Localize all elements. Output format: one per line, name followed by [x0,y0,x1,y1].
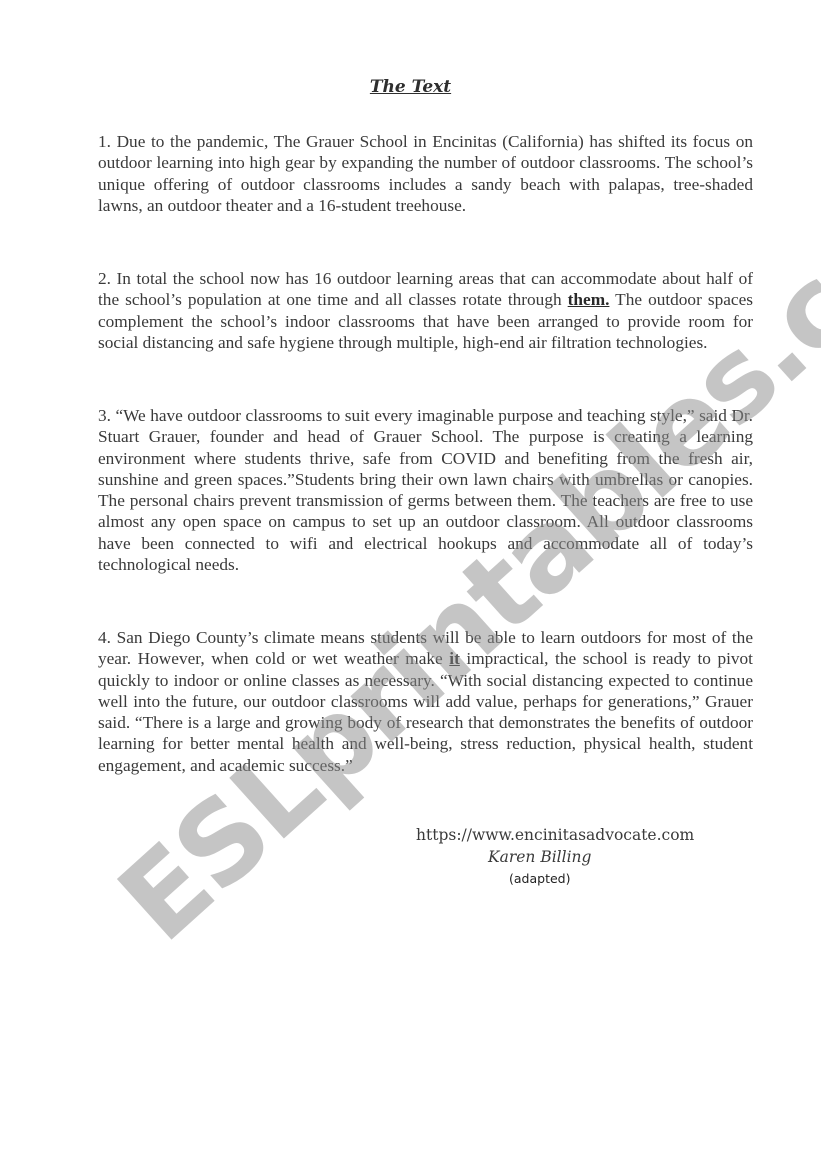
paragraph-1: 1. Due to the pandemic, The Grauer Schoo… [98,131,753,216]
paragraph-text: 3. “We have outdoor classrooms to suit e… [98,406,753,574]
paragraph-3: 3. “We have outdoor classrooms to suit e… [98,405,753,575]
worksheet-page: The Text 1. Due to the pandemic, The Gra… [0,0,821,1161]
adapted-note: (adapted) [509,871,570,886]
emphasized-word: it [449,649,460,668]
paragraph-2: 2. In total the school now has 16 outdoo… [98,268,753,353]
document-title: The Text [0,77,821,97]
author-name: Karen Billing [488,848,591,866]
paragraph-text: 1. Due to the pandemic, The Grauer Schoo… [98,132,753,215]
emphasized-word: them. [568,290,610,309]
paragraph-4: 4. San Diego County’s climate means stud… [98,627,753,776]
source-url: https://www.encinitasadvocate.com [416,826,694,844]
